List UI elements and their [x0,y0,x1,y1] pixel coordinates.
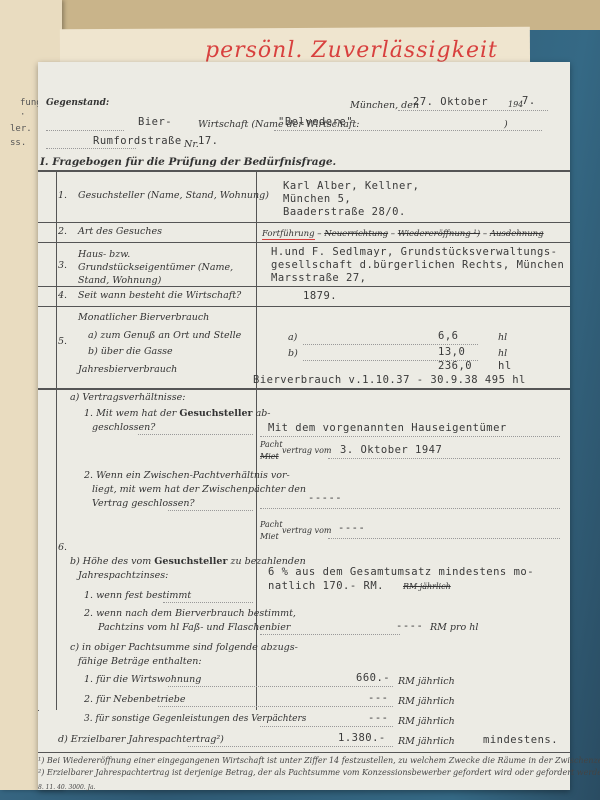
owner-line-2: gesellschaft d.bürgerlichen Rechts, Münc… [271,259,564,271]
q-b1: 1. wenn fest bestimmt [84,590,191,601]
rent-answer-line-1: 6 % aus dem Gesamtumsatz mindestens mo- [268,566,534,578]
option-struck: Wiedereröffnung ¹) [398,229,480,239]
annual-consumption-label: Jahresbierverbrauch [78,364,177,375]
street-number: 17. [198,135,218,147]
row-5-number: 5. [58,336,67,347]
q-a1-line-2: geschlossen? [92,422,155,433]
rent-answer-line-2: natlich 170.- RM. [268,580,384,592]
sublease-contract-date: ---- [338,522,365,534]
folder-edge [60,0,600,30]
subject-label: Gegenstand: [46,98,109,108]
contract-date-label: vertrag vom [282,526,331,535]
q-b-line-2: Jahrespachtzinses: [78,570,168,581]
consumption-on-site-value: 6,6 [438,330,458,342]
consumption-on-site-unit: hl [498,332,507,343]
owner-line-3: Marsstraße 27, [271,272,367,284]
row-5-question: Monatlicher Bierverbrauch [78,312,209,323]
contract-label-bottom: Miet [260,452,279,461]
d-extra: mindestens. [483,734,558,746]
row-5a-key: a) [288,332,297,343]
row-3-number: 3. [58,260,67,271]
row-5b-label: b) über die Gasse [88,346,173,357]
rent-per-hl-unit: RM pro hl [430,622,478,633]
c3-value: --- [368,712,388,724]
row-1-question: Gesuchsteller (Name, Stand, Wohnung) [78,190,269,201]
contracts-title: a) Vertragsverhältnisse: [70,392,185,403]
q-c-line-1: c) in obiger Pachtsumme sind folgende ab… [70,642,298,653]
annual-consumption-unit: hl [498,360,512,372]
row-4-question: Seit wann besteht die Wirtschaft? [78,290,241,301]
q-c3: 3. für sonstige Gegenleistungen des Verp… [84,714,306,724]
d-value: 1.380.- [338,732,386,744]
c2-unit: RM jährlich [398,696,455,707]
q-c-line-2: fähige Beträge enthalten: [78,656,202,667]
rent-struck-unit: RM jährlich [403,582,451,591]
d-unit: RM jährlich [398,736,455,747]
owner-line-1: H.und F. Sedlmayr, Grundstücksverwaltung… [271,246,558,258]
row-6-number: 6. [58,542,67,553]
consumption-period-note: Bierverbrauch v.1.10.37 - 30.9.38 495 hl [253,374,526,386]
q-a2-line-3: Vertrag geschlossen? [92,498,195,509]
consumption-takeaway-value: 13,0 [438,346,465,358]
row-2-question: Art des Gesuches [78,226,162,237]
c1-value: 660.- [356,672,390,684]
consumption-takeaway-unit: hl [498,348,507,359]
date-year-prefix: 194 [508,100,523,109]
option-selected: Fortführung [262,229,315,240]
row-2-number: 2. [58,226,67,237]
number-label: Nr. [184,139,199,150]
q-b2-line-2: Pachtzins vom hl Faß- und Flaschenbier [98,622,290,633]
contract-date: 3. Oktober 1947 [340,444,442,456]
date-year-suffix: 7. [522,95,536,107]
closing-paren: ) [504,119,508,130]
q-b2-line-1: 2. wenn nach dem Bierverbrauch bestimmt, [84,608,296,619]
c1-unit: RM jährlich [398,676,455,687]
form-sheet: Gegenstand: München, den 27. Oktober 194… [38,62,570,790]
street-name: Rumfordstraße [93,135,182,147]
business-type: Bier- [138,116,172,128]
c3-unit: RM jährlich [398,716,455,727]
row-3-question: Haus- bzw. Grundstückseigentümer (Name, … [78,248,248,287]
business-name: "Belvedere" [278,116,353,128]
q-c2: 2. für Nebenbetriebe [84,694,185,705]
q-a2-line-2: liegt, mit wem hat der Zwischenpächter d… [92,484,306,495]
q-a1-line-1: 1. Mit wem hat der Gesuchsteller ab- [84,408,271,419]
row-5a-label: a) zum Genuß an Ort und Stelle [88,330,241,341]
option-struck: Neuerrichtung [324,229,388,239]
row-1-number: 1. [58,190,67,201]
request-type-options: Fortführung – Neuerrichtung – Wiedereröf… [262,229,544,239]
sublease-partner-answer: ----- [308,492,342,504]
contract-label-bottom: Miet [260,532,279,541]
q-a2-line-1: 2. Wenn ein Zwischen-Pachtverhältnis vor… [84,470,290,481]
footnote-2: ²) Erzielbarer Jahrespachtertrag ist der… [38,768,600,777]
contract-label-top: Pacht [260,440,283,449]
established-year: 1879. [303,290,337,302]
row-5b-key: b) [288,348,298,359]
option-struck: Ausdehnung [490,229,544,239]
q-d: d) Erzielbarer Jahrespachtertrag²) [58,734,224,745]
print-code: 8. 11. 40. 3000. Ja. [38,784,96,791]
c2-value: --- [368,692,388,704]
back-page-fragment: ler. [10,124,32,134]
section-title: I. Fragebogen für die Prüfung der Bedürf… [40,156,336,168]
annual-consumption-value: 236,0 [438,360,472,372]
applicant-line-3: Baaderstraße 28/0. [283,206,406,218]
contract-date-label: vertrag vom [282,446,331,455]
applicant-line-2: München 5, [283,193,351,205]
applicant-line-1: Karl Alber, Kellner, [283,180,419,192]
q-c1: 1. für die Wirtswohnung [84,674,201,685]
contract-label-top: Pacht [260,520,283,529]
rent-per-hl-value: ---- [396,620,423,632]
back-page-fragment: · [20,110,25,120]
lease-partner-answer: Mit dem vorgenannten Hauseigentümer [268,422,507,434]
back-page-fragment: ss. [10,138,26,148]
footnote-1: ¹) Bei Wiedereröffnung einer eingegangen… [38,756,600,765]
date-day-month: 27. Oktober [413,96,488,108]
red-handwritten-annotation: persönl. Zuverlässigkeit [205,38,498,63]
row-4-number: 4. [58,290,67,301]
